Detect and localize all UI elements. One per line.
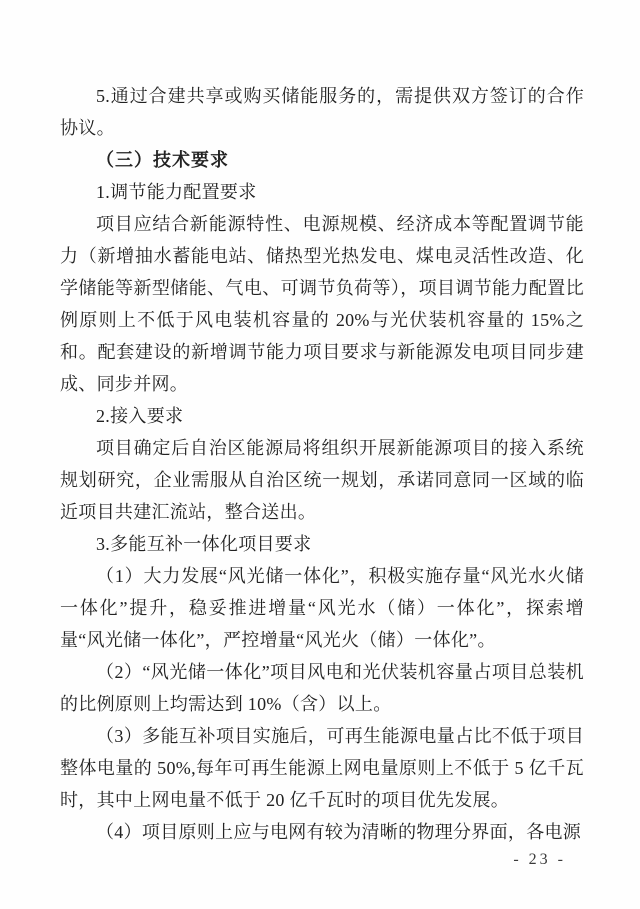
subheading-grid-access: 2.接入要求 [60,400,584,432]
subheading-regulation-capacity: 1.调节能力配置要求 [60,176,584,208]
page-number: - 23 - [513,850,566,870]
document-body: 5.通过合建共享或购买储能服务的，需提供双方签订的合作协议。 （三）技术要求 1… [60,80,584,848]
paragraph-grid-access-detail: 项目确定后自治区能源局将组织开展新能源项目的接入系统规划研究，企业需服从自治区统… [60,432,584,528]
document-page: 5.通过合建共享或购买储能服务的，需提供双方签订的合作协议。 （三）技术要求 1… [0,0,640,909]
paragraph-item-3: （3）多能互补项目实施后，可再生能源电量占比不低于项目整体电量的 50%,每年可… [60,720,584,816]
subheading-multi-energy-integration: 3.多能互补一体化项目要求 [60,528,584,560]
paragraph-item-1: （1）大力发展“风光储一体化”，积极实施存量“风光水火储一体化”提升，稳妥推进增… [60,560,584,656]
paragraph-item-4: （4）项目原则上应与电网有较为清晰的物理分界面，各电源 [60,816,584,848]
paragraph-storage-service: 5.通过合建共享或购买储能服务的，需提供双方签订的合作协议。 [60,80,584,144]
paragraph-item-2: （2）“风光储一体化”项目风电和光伏装机容量占项目总装机的比例原则上均需达到 1… [60,656,584,720]
section-heading-technical-requirements: （三）技术要求 [60,144,584,176]
paragraph-regulation-capacity-detail: 项目应结合新能源特性、电源规模、经济成本等配置调节能力（新增抽水蓄能电站、储热型… [60,208,584,400]
